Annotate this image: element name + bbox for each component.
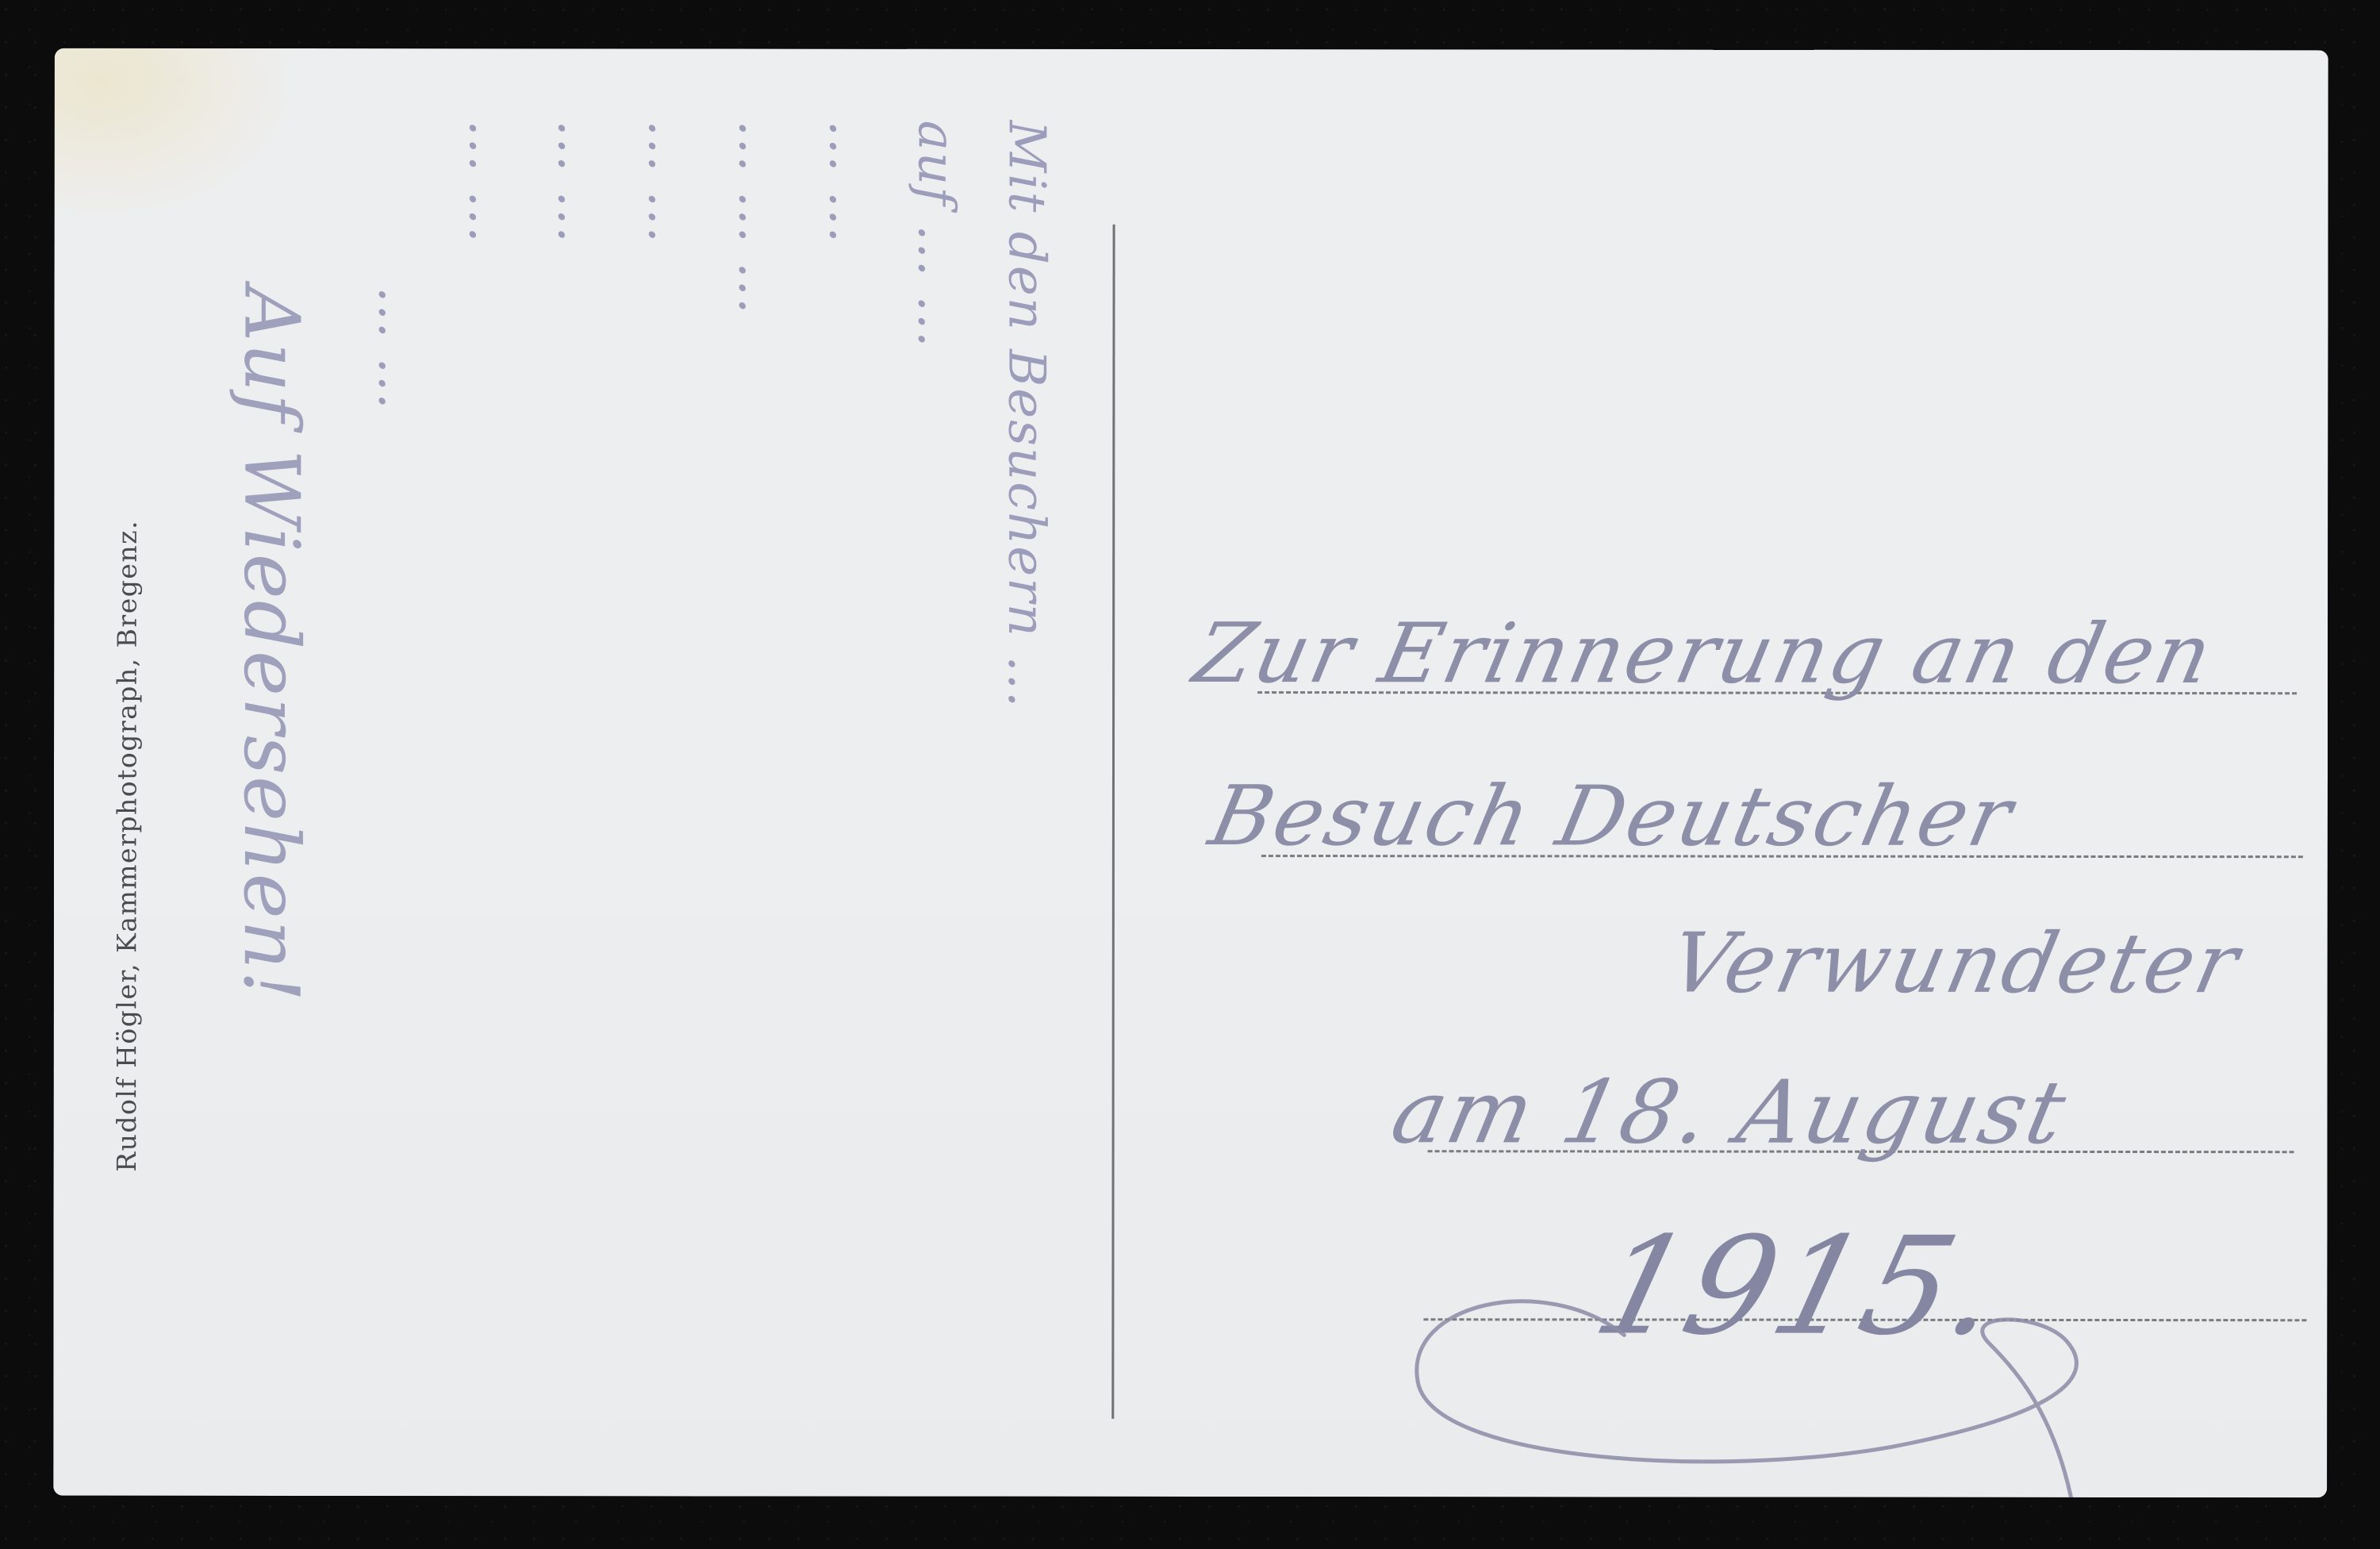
message-line: ... ... ...	[727, 120, 786, 315]
address-text-line: Besuch Deutscher	[1202, 767, 2022, 865]
publisher-imprint: Rudolf Högler, Kammerphotograph, Bregenz…	[111, 520, 143, 1172]
message-line: ... ...	[547, 120, 605, 244]
message-line: ... ...	[458, 120, 516, 244]
message-closing: Auf Wiedersehen!	[227, 286, 317, 1003]
message-line: auf ... ...	[906, 121, 965, 349]
flourish-underline-icon	[1386, 1287, 2219, 1497]
message-line: ... ...	[818, 121, 877, 244]
address-text-line: Verwundeter	[1662, 915, 2249, 1013]
address-text-line: am 18. August	[1384, 1061, 2076, 1163]
center-divider	[1111, 225, 1115, 1419]
address-text-line: Zur Erinnerung an den	[1186, 605, 2222, 702]
postcard: Rudolf Högler, Kammerphotograph, Bregenz…	[53, 48, 2328, 1498]
message-line: ... ...	[367, 286, 425, 410]
message-line: Mit den Besuchern ...	[996, 121, 1056, 709]
message-line: ... ...	[637, 120, 696, 244]
